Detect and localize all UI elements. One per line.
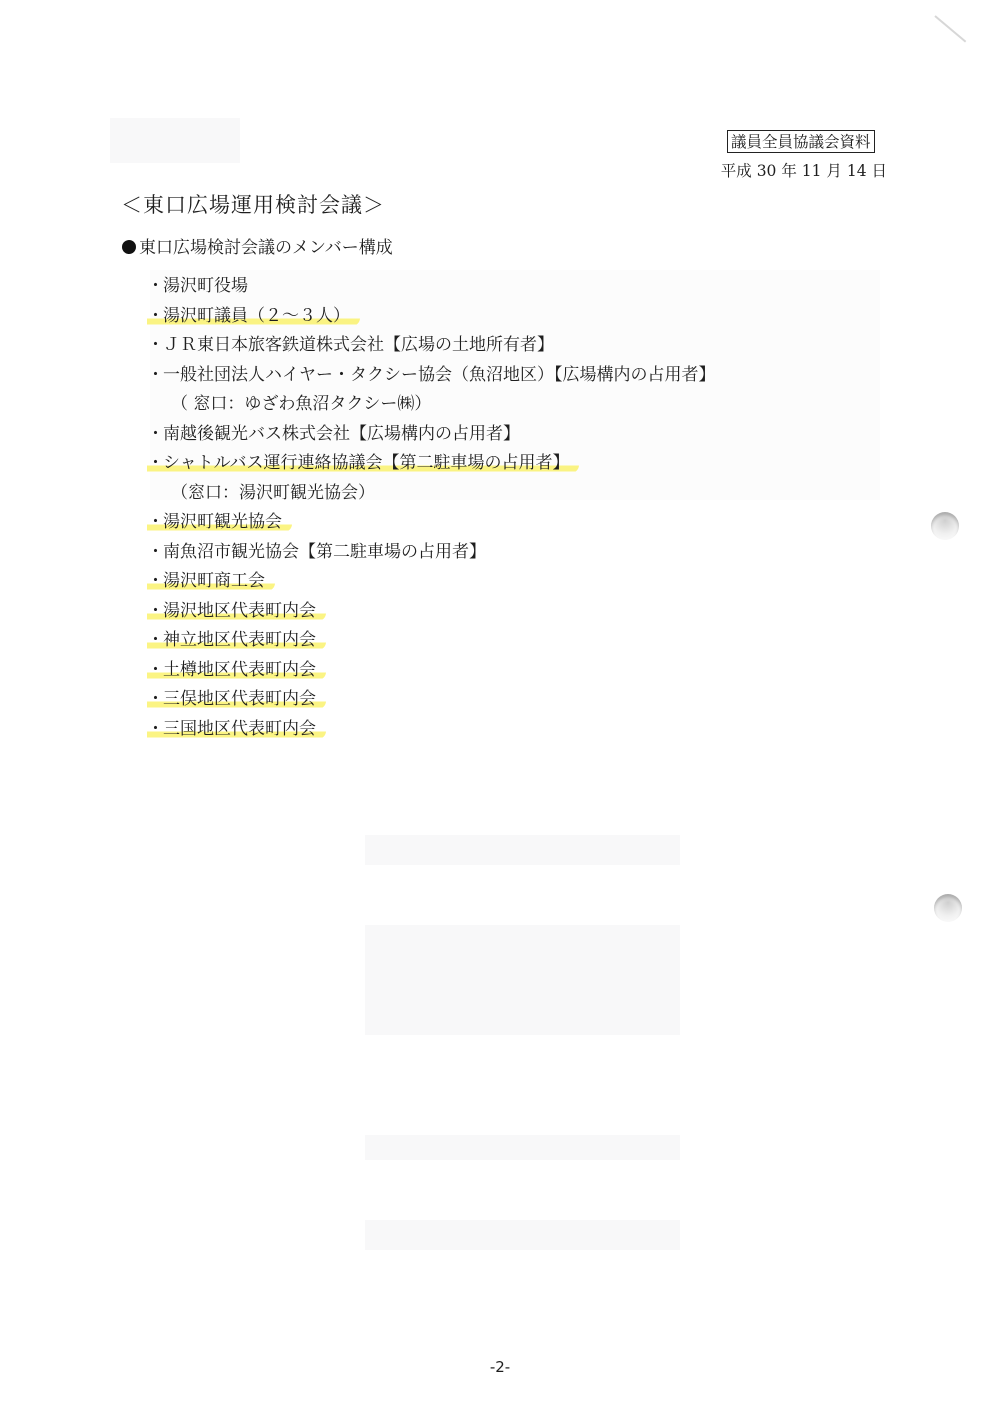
- section-heading: 東口広場検討会議のメンバー構成: [122, 235, 393, 261]
- list-item-note: （窓口：湯沢町観光協会）: [147, 479, 716, 509]
- section-heading-text: 東口広場検討会議のメンバー構成: [139, 238, 393, 258]
- list-item: ・土樽地区代表町内会: [147, 656, 716, 686]
- list-item: ・三俣地区代表町内会: [147, 685, 716, 715]
- list-item: ・湯沢町観光協会: [147, 508, 716, 538]
- member-note: （ 窓口：ゆざわ魚沼タクシー㈱）: [171, 394, 431, 414]
- highlight: ・土樽地区代表町内会: [147, 660, 326, 680]
- highlight: ・湯沢町観光協会: [147, 512, 292, 532]
- member-text: ＪＲ東日本旅客鉄道株式会社【広場の土地所有者】: [163, 335, 554, 355]
- bullet: ・: [147, 656, 163, 686]
- member-text: 一般社団法人ハイヤー・タクシー協会（魚沼地区）【広場構内の占用者】: [163, 365, 716, 385]
- list-item: ・三国地区代表町内会: [147, 715, 716, 745]
- scan-artifact: [365, 835, 680, 865]
- list-item-note: （ 窓口：ゆざわ魚沼タクシー㈱）: [147, 390, 716, 420]
- list-item: ・神立地区代表町内会: [147, 626, 716, 656]
- member-text: 南越後観光バス株式会社【広場構内の占用者】: [163, 424, 520, 444]
- scan-artifact: [365, 1220, 680, 1250]
- bullet: ・: [147, 361, 163, 391]
- punch-hole: [931, 512, 959, 540]
- document-label-box: 議員全員協議会資料: [727, 130, 875, 153]
- highlight: ・湯沢町商工会: [147, 571, 275, 591]
- bullet: ・: [147, 272, 163, 302]
- highlight: ・湯沢地区代表町内会: [147, 601, 326, 621]
- bullet: ・: [147, 685, 163, 715]
- bullet: ・: [147, 449, 163, 479]
- bullet: ・: [147, 626, 163, 656]
- bullet: ・: [147, 715, 163, 745]
- member-text: シャトルバス運行連絡協議会【第二駐車場の占用者】: [163, 453, 569, 473]
- member-note: （窓口：湯沢町観光協会）: [171, 483, 375, 503]
- highlight: ・三俣地区代表町内会: [147, 689, 326, 709]
- page-title: ＜東口広場運用検討会議＞: [121, 190, 385, 220]
- list-item: ・湯沢地区代表町内会: [147, 597, 716, 627]
- member-text: 湯沢町役場: [163, 276, 248, 296]
- bullet: ・: [147, 597, 163, 627]
- member-text: 湯沢町議員（２～３人）: [163, 306, 350, 326]
- highlight: ・シャトルバス運行連絡協議会【第二駐車場の占用者】: [147, 453, 579, 473]
- member-text: 湯沢町商工会: [163, 571, 265, 591]
- member-text: 三俣地区代表町内会: [163, 689, 316, 709]
- bullet: ・: [147, 302, 163, 332]
- member-text: 三国地区代表町内会: [163, 719, 316, 739]
- list-item: ・シャトルバス運行連絡協議会【第二駐車場の占用者】: [147, 449, 716, 479]
- scan-artifact: [365, 925, 680, 1035]
- bullet: ・: [147, 508, 163, 538]
- member-text: 神立地区代表町内会: [163, 630, 316, 650]
- page-number: -2-: [0, 1358, 1000, 1376]
- list-item: ・湯沢町議員（２～３人）: [147, 302, 716, 332]
- list-item: ・湯沢町役場: [147, 272, 716, 302]
- scan-artifact: [365, 1135, 680, 1160]
- member-text: 湯沢町観光協会: [163, 512, 282, 532]
- bullet: ・: [147, 420, 163, 450]
- bullet: ・: [147, 567, 163, 597]
- filled-circle-icon: [122, 240, 136, 254]
- list-item: ・ＪＲ東日本旅客鉄道株式会社【広場の土地所有者】: [147, 331, 716, 361]
- list-item: ・湯沢町商工会: [147, 567, 716, 597]
- scan-artifact: [110, 118, 240, 163]
- bullet: ・: [147, 538, 163, 568]
- member-text: 湯沢地区代表町内会: [163, 601, 316, 621]
- highlight: ・三国地区代表町内会: [147, 719, 326, 739]
- member-text: 土樽地区代表町内会: [163, 660, 316, 680]
- list-item: ・南越後観光バス株式会社【広場構内の占用者】: [147, 420, 716, 450]
- member-list: ・湯沢町役場 ・湯沢町議員（２～３人） ・ＪＲ東日本旅客鉄道株式会社【広場の土地…: [147, 272, 716, 744]
- punch-hole: [934, 894, 962, 922]
- corner-scan-mark: [934, 15, 966, 42]
- member-text: 南魚沼市観光協会【第二駐車場の占用者】: [163, 542, 486, 562]
- highlight: ・神立地区代表町内会: [147, 630, 326, 650]
- highlight: ・湯沢町議員（２～３人）: [147, 306, 360, 326]
- list-item: ・一般社団法人ハイヤー・タクシー協会（魚沼地区）【広場構内の占用者】: [147, 361, 716, 391]
- list-item: ・南魚沼市観光協会【第二駐車場の占用者】: [147, 538, 716, 568]
- document-date: 平成 30 年 11 月 14 日: [721, 160, 887, 182]
- bullet: ・: [147, 331, 163, 361]
